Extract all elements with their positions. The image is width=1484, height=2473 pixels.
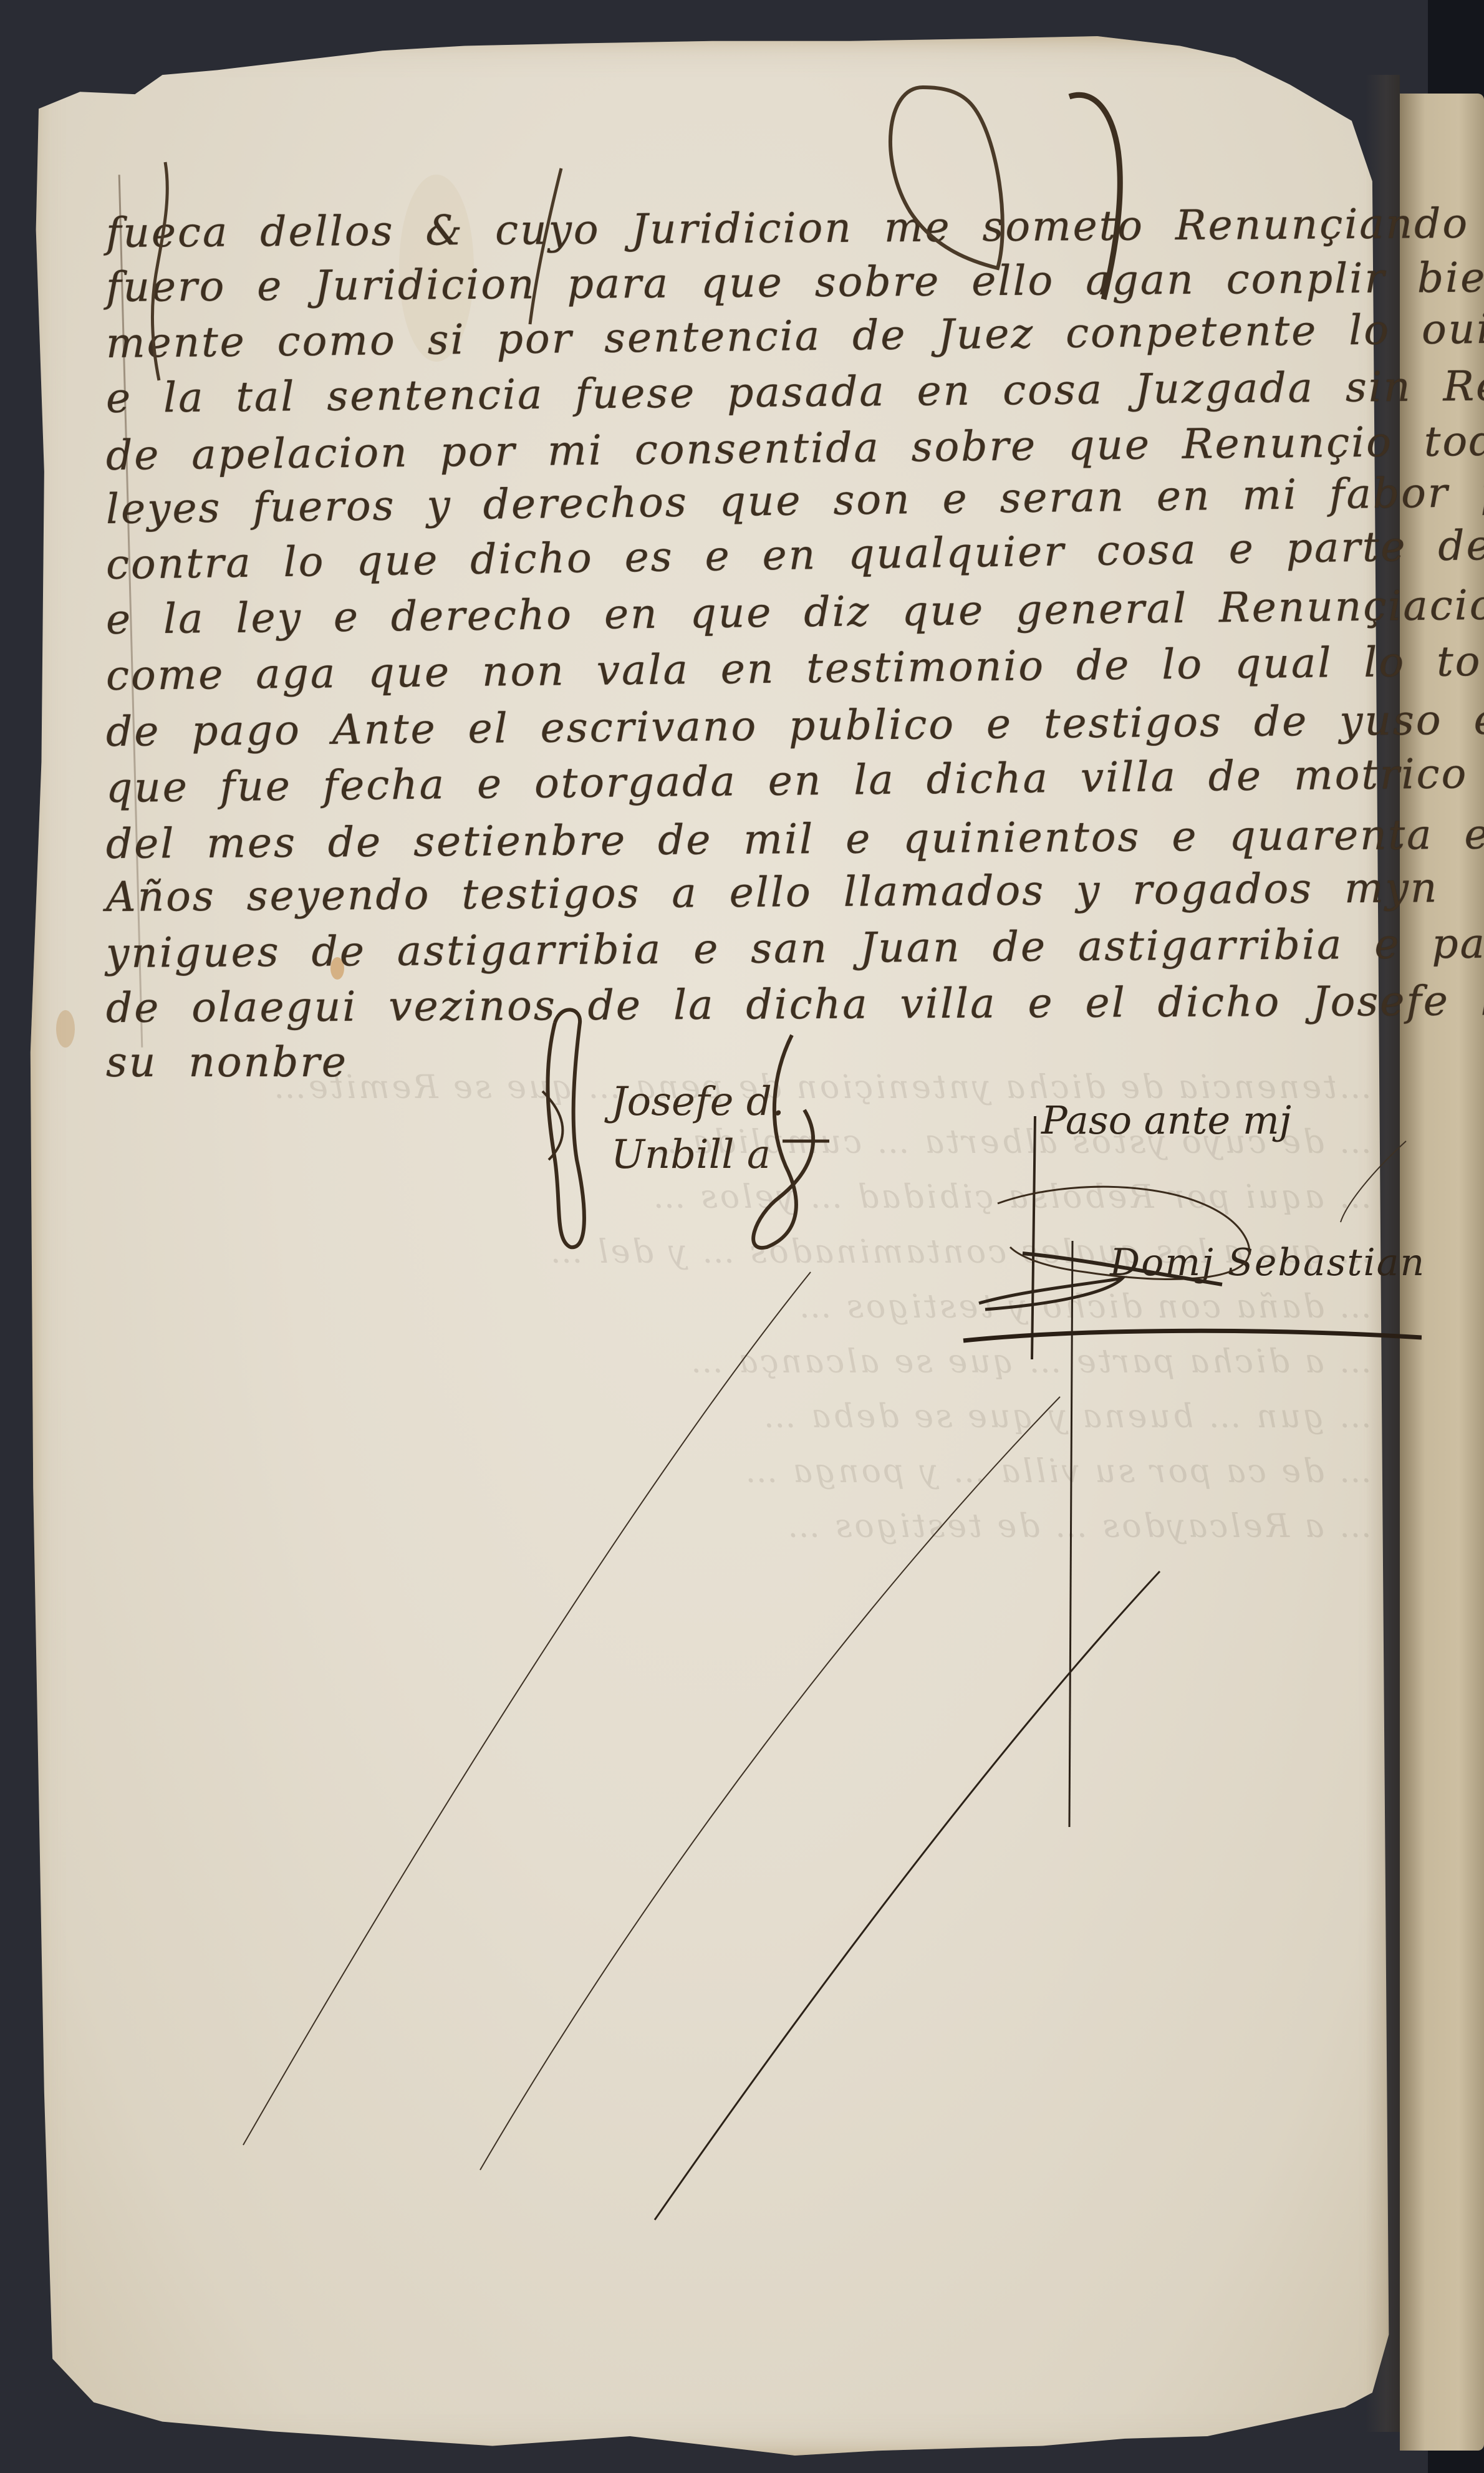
text-line: fueca dellos & cuyo Juridicion me someto… — [106, 198, 1484, 257]
paper-stain — [56, 1010, 75, 1048]
signature-rubric-icon — [536, 998, 860, 1260]
signature-line-2: Unbill a — [611, 1132, 771, 1178]
text-line: del mes de setienbre de mil e quinientos… — [106, 809, 1484, 868]
text-line: su nonbre — [106, 1038, 348, 1086]
notary-signature: Paso ante mj Domj Sebastian — [960, 1097, 1422, 1359]
grantor-signature: Josefe d. Unbill a — [536, 998, 860, 1260]
notary-rubric-icon — [960, 1097, 1422, 1359]
signature-line-1: Josefe d. — [611, 1079, 784, 1125]
text-line: Años seyendo testigos a ello llamados y … — [106, 864, 1439, 921]
text-line: ynigues de astigarribia e san Juan de as… — [106, 919, 1484, 977]
